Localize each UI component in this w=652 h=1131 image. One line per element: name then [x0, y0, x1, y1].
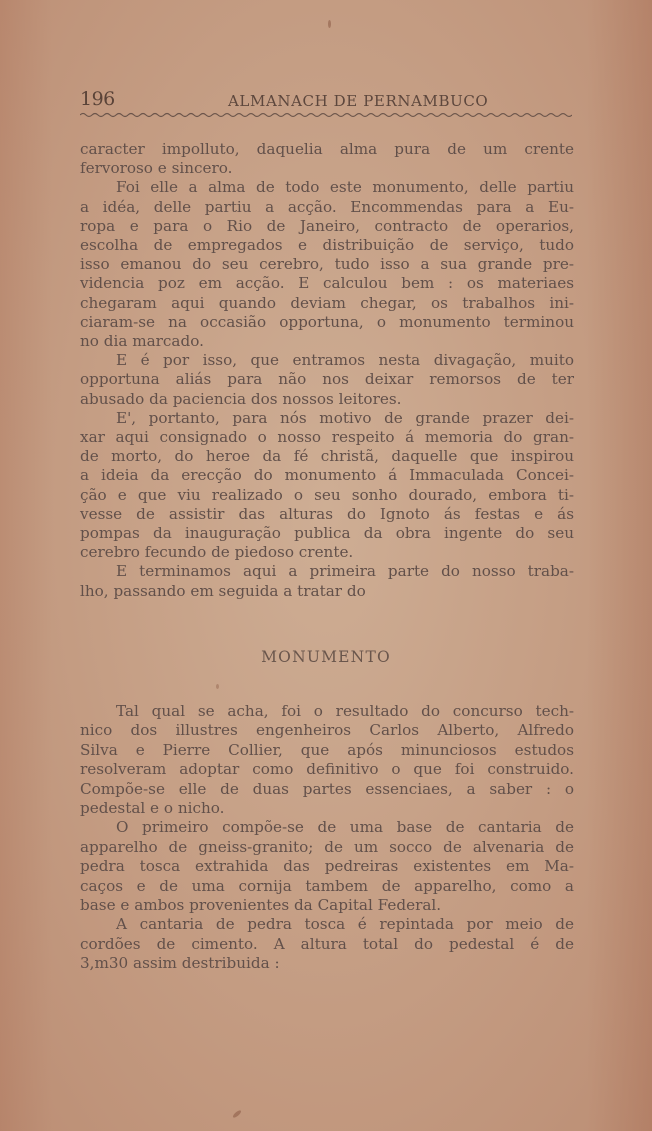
text-line: base e ambos provenientes da Capital Fed… [80, 896, 574, 915]
body-text-section-2: Tal qual se acha, foi o resultado do con… [80, 702, 574, 974]
text-line: Compõe-se elle de duas partes essenciaes… [80, 780, 574, 799]
page-header: 196 ALMANACH DE PERNAMBUCO [80, 88, 566, 114]
text-line: pedra tosca extrahida das pedreiras exis… [80, 857, 574, 876]
text-line: E', portanto, para nós motivo de grande … [80, 409, 574, 428]
text-line: a idéa, delle partiu a acção. Encommenda… [80, 198, 574, 217]
paragraph: E terminamos aqui a primeira parte do no… [80, 562, 574, 600]
text-line: E terminamos aqui a primeira parte do no… [80, 562, 574, 581]
text-line: caços e de uma cornija tambem de apparel… [80, 877, 574, 896]
text-line: isso emanou do seu cerebro, tudo isso a … [80, 255, 574, 274]
text-line: E é por isso, que entramos nesta divagaç… [80, 351, 574, 370]
text-line: no dia marcado. [80, 332, 574, 351]
text-line: de morto, do heroe da fé christã, daquel… [80, 447, 574, 466]
text-line: chegaram aqui quando deviam chegar, os t… [80, 294, 574, 313]
text-line: escolha de empregados e distribuição de … [80, 236, 574, 255]
text-line: pedestal e o nicho. [80, 799, 574, 818]
text-line: Silva e Pierre Collier, que após minunci… [80, 741, 574, 760]
text-line: Foi elle a alma de todo este monumento, … [80, 178, 574, 197]
text-line: resolveram adoptar como definitivo o que… [80, 760, 574, 779]
running-title: ALMANACH DE PERNAMBUCO [228, 92, 488, 110]
wavy-rule-divider [80, 112, 572, 118]
paper-stain [328, 20, 331, 28]
paragraph: O primeiro compõe-se de uma base de cant… [80, 818, 574, 915]
text-line: ciaram-se na occasião opportuna, o monum… [80, 313, 574, 332]
text-line: ção e que viu realizado o seu sonho dour… [80, 486, 574, 505]
paper-stain [232, 1109, 242, 1118]
text-line: xar aqui consignado o nosso respeito á m… [80, 428, 574, 447]
page-number: 196 [80, 88, 115, 110]
paragraph: E é por isso, que entramos nesta divagaç… [80, 351, 574, 409]
text-line: ropa e para o Rio de Janeiro, contracto … [80, 217, 574, 236]
paragraph: E', portanto, para nós motivo de grande … [80, 409, 574, 563]
text-line: a ideia da erecção do monumento á Immacu… [80, 466, 574, 485]
paragraph: A cantaria de pedra tosca é repintada po… [80, 915, 574, 973]
text-line: vesse de assistir das alturas do Ignoto … [80, 505, 574, 524]
text-line: abusado da paciencia dos nossos leitores… [80, 390, 574, 409]
text-line: Tal qual se acha, foi o resultado do con… [80, 702, 574, 721]
text-line: cordões de cimento. A altura total do pe… [80, 935, 574, 954]
text-line: videncia poz em acção. E calculou bem : … [80, 274, 574, 293]
section-heading: MONUMENTO [0, 648, 652, 666]
text-line: fervoroso e sincero. [80, 159, 574, 178]
book-page: 196 ALMANACH DE PERNAMBUCO caracter impo… [0, 0, 652, 1131]
text-line: A cantaria de pedra tosca é repintada po… [80, 915, 574, 934]
text-line: caracter impolluto, daquelia alma pura d… [80, 140, 574, 159]
text-line: opportuna aliás para não nos deixar remo… [80, 370, 574, 389]
text-line: pompas da inauguração publica da obra in… [80, 524, 574, 543]
paper-stain [216, 684, 219, 689]
body-text-section-1: caracter impolluto, daquelia alma pura d… [80, 140, 574, 601]
paragraph: Foi elle a alma de todo este monumento, … [80, 178, 574, 351]
text-line: nico dos illustres engenheiros Carlos Al… [80, 721, 574, 740]
paragraph: Tal qual se acha, foi o resultado do con… [80, 702, 574, 818]
text-line: apparelho de gneiss-granito; de um socco… [80, 838, 574, 857]
text-line: O primeiro compõe-se de uma base de cant… [80, 818, 574, 837]
text-line: 3,m30 assim destribuida : [80, 954, 574, 973]
text-line: cerebro fecundo de piedoso crente. [80, 543, 574, 562]
text-line: lho, passando em seguida a tratar do [80, 582, 574, 601]
paragraph: caracter impolluto, daquelia alma pura d… [80, 140, 574, 178]
